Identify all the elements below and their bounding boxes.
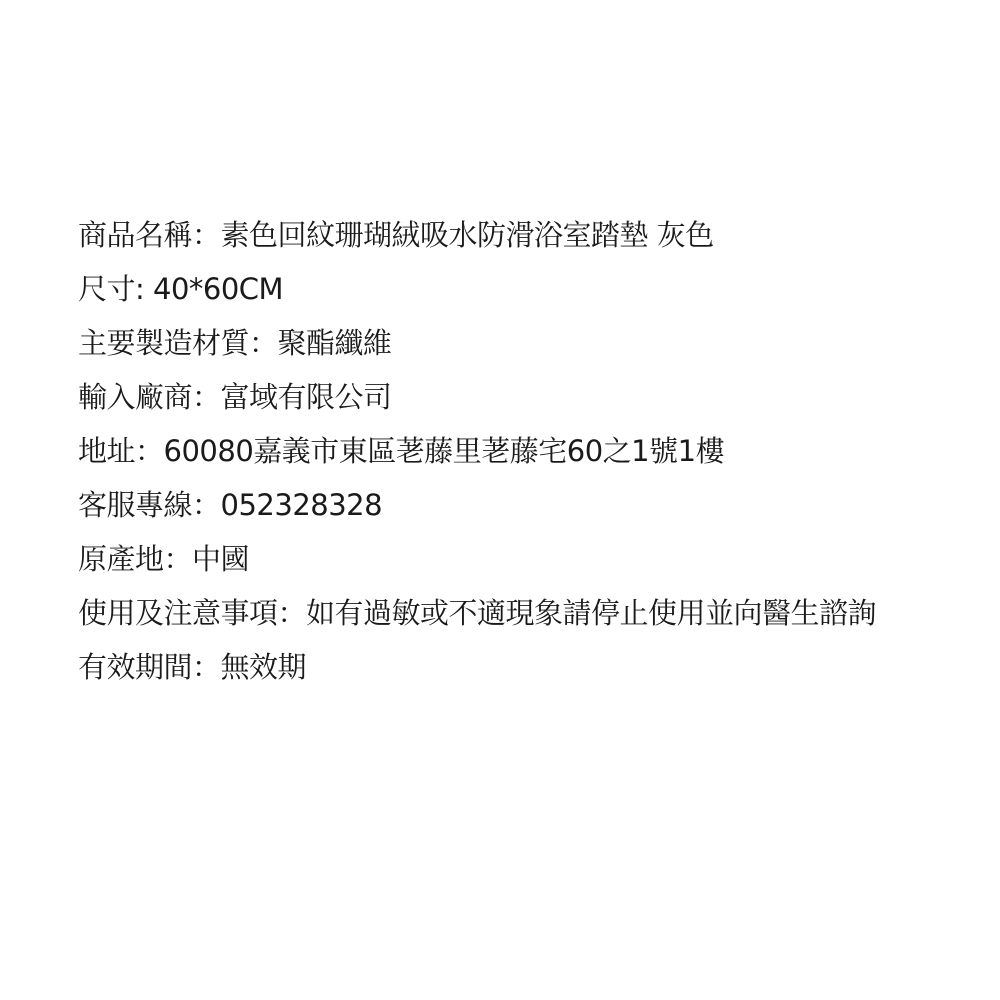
- product-name-label: 商品名稱：: [78, 218, 221, 252]
- material-value: 聚酯纖維: [278, 326, 392, 360]
- product-name-value: 素色回紋珊瑚絨吸水防滑浴室踏墊 灰色: [221, 218, 714, 252]
- size-line: 尺寸: 40*60CM: [78, 262, 978, 316]
- importer-label: 輸入廠商：: [78, 380, 221, 414]
- address-line: 地址：60080嘉義市東區荖藤里荖藤宅60之1號1樓: [78, 424, 978, 478]
- hotline-line: 客服專線：052328328: [78, 478, 978, 532]
- material-line: 主要製造材質：聚酯纖維: [78, 316, 978, 370]
- usage-notes-label: 使用及注意事項：: [78, 596, 306, 630]
- product-name-line: 商品名稱：素色回紋珊瑚絨吸水防滑浴室踏墊 灰色: [78, 208, 978, 262]
- hotline-label: 客服專線：: [78, 488, 221, 522]
- material-label: 主要製造材質：: [78, 326, 278, 360]
- size-label: 尺寸:: [78, 272, 153, 306]
- importer-value: 富域有限公司: [221, 380, 392, 414]
- product-info-sheet: 商品名稱：素色回紋珊瑚絨吸水防滑浴室踏墊 灰色 尺寸: 40*60CM 主要製造…: [78, 208, 978, 694]
- validity-label: 有效期間：: [78, 650, 221, 684]
- address-value: 60080嘉義市東區荖藤里荖藤宅60之1號1樓: [164, 434, 725, 468]
- importer-line: 輸入廠商：富域有限公司: [78, 370, 978, 424]
- validity-value: 無效期: [221, 650, 307, 684]
- origin-line: 原產地：中國: [78, 532, 978, 586]
- address-label: 地址：: [78, 434, 164, 468]
- usage-notes-value: 如有過敏或不適現象請停止使用並向醫生諮詢: [306, 596, 876, 630]
- hotline-value: 052328328: [221, 488, 383, 522]
- validity-line: 有效期間：無效期: [78, 640, 978, 694]
- size-value: 40*60CM: [153, 272, 283, 306]
- origin-label: 原產地：: [78, 542, 192, 576]
- usage-notes-line: 使用及注意事項：如有過敏或不適現象請停止使用並向醫生諮詢: [78, 586, 978, 640]
- origin-value: 中國: [192, 542, 249, 576]
